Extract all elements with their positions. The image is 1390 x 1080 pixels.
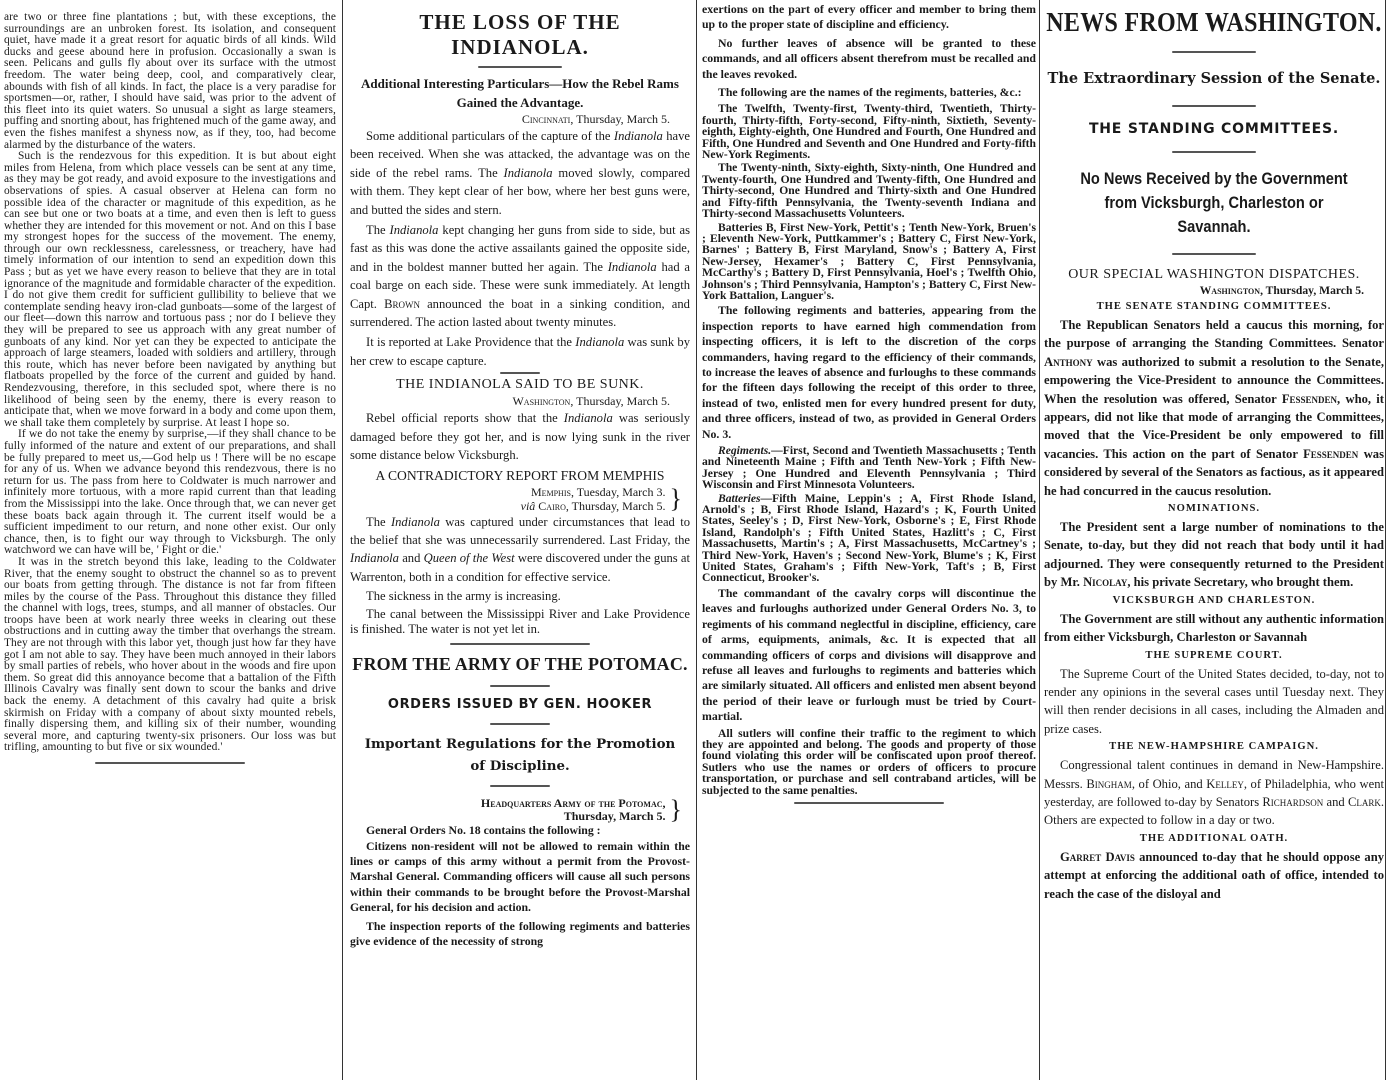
article-paragraph: Congressional talent continues in demand… [1044,756,1384,830]
commended-batteries: Batteries—Fifth Maine, Leppin's ; A, Fir… [702,493,1036,584]
headline-contradictory-report: A CONTRADICTORY REPORT FROM MEMPHIS [350,467,690,485]
dateline-washington: Washington, Thursday, March 5. [350,394,690,409]
section-divider [500,372,540,374]
article-paragraph: The Indianola kept changing her guns fro… [350,221,690,331]
headline-divider [490,685,550,687]
article-paragraph: The sickness in the army is increasing. [350,588,690,604]
column-news-from-washington: NEWS FROM WASHINGTON. The Extraordinary … [1044,0,1384,1080]
column-expedition-letter: are two or three fine plantations ; but,… [4,0,336,1080]
section-divider [794,802,944,804]
dateline-cincinnati: Cincinnati, Thursday, March 5. [350,112,690,127]
headline-divider [1172,105,1256,107]
section-divider [450,643,590,645]
dateline-headquarters: Headquarters Army of the Potomac, Thursd… [350,797,690,823]
headline-divider [1172,253,1256,255]
headline-divider [478,66,562,68]
headline-divider [1172,51,1256,53]
headline-army-of-potomac: FROM THE ARMY OF THE POTOMAC. [350,651,690,677]
column-rule [342,0,343,1080]
headline-divider [490,723,550,725]
article-paragraph: The canal between the Mississippi River … [350,607,690,637]
article-paragraph: All sutlers will confine their traffic t… [702,728,1036,796]
article-paragraph: It was in the stretch beyond this lake, … [4,557,336,754]
article-paragraph: The following are the names of the regim… [702,85,1036,100]
dateline-washington: Washington, Thursday, March 5. [1044,283,1384,298]
deck-standing-committees: THE STANDING COMMITTEES. [1044,121,1384,137]
subhead-vicksburgh-charleston: VICKSBURGH AND CHARLESTON. [1044,595,1384,606]
article-paragraph: The Government are still without any aut… [1044,610,1384,647]
regiment-list: The Twenty-ninth, Sixty-eighth, Sixty-ni… [702,162,1036,219]
article-paragraph: exertions on the part of every officer a… [702,0,1036,33]
subhead-new-hampshire: THE NEW-HAMPSHIRE CAMPAIGN. [1044,741,1384,752]
column-rule [1039,0,1040,1080]
headline-divider [1172,151,1256,153]
article-paragraph: If we do not take the enemy by surprise,… [4,429,336,557]
headline-divider [490,785,550,787]
article-paragraph: Garret Davis announced to-day that he sh… [1044,848,1384,903]
article-paragraph: The Republican Senators held a caucus th… [1044,316,1384,500]
article-paragraph: The inspection reports of the following … [350,919,690,950]
deck-no-news: No News Received by the Government from … [1068,167,1360,239]
article-paragraph: The commandant of the cavalry corps will… [702,586,1036,725]
article-paragraph: General Orders No. 18 contains the follo… [350,823,690,838]
headline-loss-of-indianola: THE LOSS OF THE INDIANOLA. [350,10,690,60]
article-paragraph: The Supreme Court of the United States d… [1044,665,1384,739]
subhead-nominations: NOMINATIONS. [1044,503,1384,514]
brace-glyph: } [670,797,682,823]
headline-news-from-washington: NEWS FROM WASHINGTON. [1044,8,1384,39]
article-paragraph: Some additional particulars of the captu… [350,127,690,219]
brace-glyph: } [670,486,682,512]
commended-regiments: Regiments.—First, Second and Twentieth M… [702,445,1036,491]
headline-said-to-be-sunk: THE INDIANOLA SAID TO BE SUNK. [350,376,690,394]
article-paragraph: No further leaves of absence will be gra… [702,36,1036,82]
subhead-senate-committees: THE SENATE STANDING COMMITTEES. [1044,301,1384,312]
article-paragraph: It is reported at Lake Providence that t… [350,333,690,370]
deck-extraordinary-session: The Extraordinary Session of the Senate. [1044,67,1384,91]
headline-regulations: Important Regulations for the Promotion … [350,733,690,777]
article-paragraph: The President sent a large number of nom… [1044,518,1384,592]
column-indianola: THE LOSS OF THE INDIANOLA. Additional In… [350,0,690,1080]
article-paragraph: The following regiments and batteries, a… [702,303,1036,442]
column-hooker-orders: exertions on the part of every officer a… [702,0,1036,1080]
battery-list: Batteries B, First New-York, Pettit's ; … [702,222,1036,302]
subhead-additional-oath: THE ADDITIONAL OATH. [1044,833,1384,844]
regiment-list: The Twelfth, Twenty-first, Twenty-third,… [702,103,1036,160]
article-paragraph: Citizens non-resident will not be allowe… [350,839,690,916]
subheadline: Additional Interesting Particulars—How t… [350,74,690,112]
dateline-memphis: Memphis, Tuesday, March 3. viâ Cairo, Th… [350,485,690,513]
article-paragraph: Such is the rendezvous for this expediti… [4,151,336,429]
column-rule [1385,0,1386,1080]
headline-orders-hooker: ORDERS ISSUED BY GEN. HOOKER [350,695,690,715]
article-paragraph: are two or three fine plantations ; but,… [4,0,336,151]
section-divider [95,762,245,764]
article-paragraph: Rebel official reports show that the Ind… [350,409,690,464]
article-paragraph: The Indianola was captured under circums… [350,513,690,587]
section-special-dispatches: OUR SPECIAL WASHINGTON DISPATCHES. [1044,267,1384,283]
column-rule [696,0,697,1080]
subhead-supreme-court: THE SUPREME COURT. [1044,650,1384,661]
